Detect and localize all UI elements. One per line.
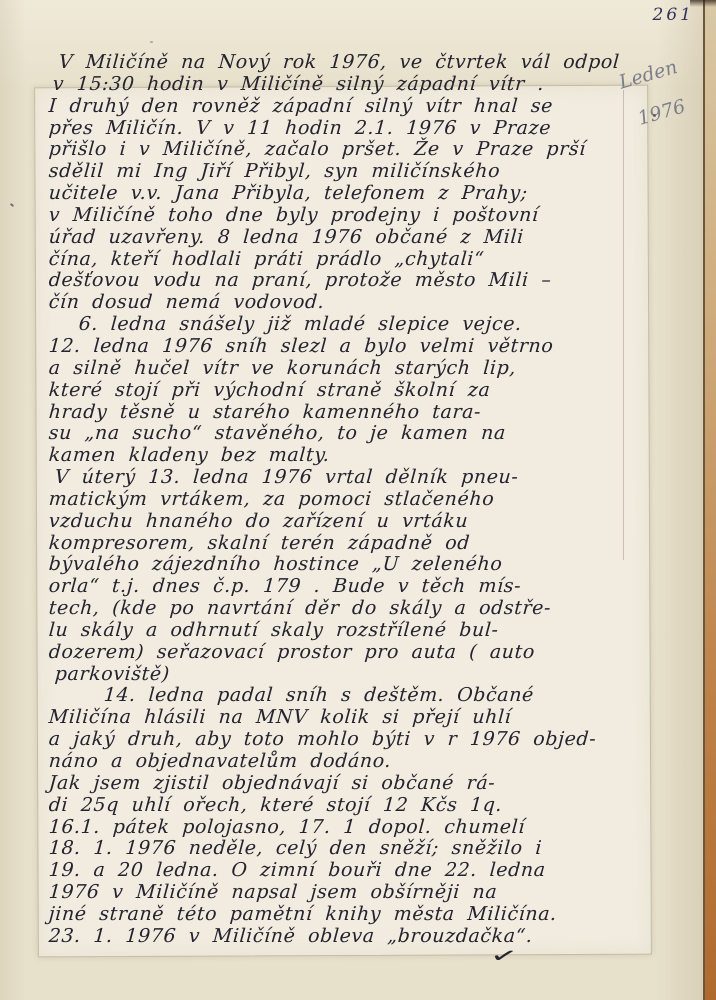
handwriting-line: čína, kteří hodlali práti prádlo „chytal… <box>48 249 650 271</box>
book-edge-corner-shadow <box>690 0 716 7</box>
handwriting-line: di 25q uhlí ořech, které stojí 12 Kčs 1q… <box>48 795 650 817</box>
page-number: 261 <box>653 5 694 25</box>
handwriting-line: tech, (kde po navrtání děr do skály a od… <box>48 598 650 620</box>
handwriting-line: náno a objednavatelům dodáno. <box>48 751 650 773</box>
book-page-edges <box>703 0 716 1000</box>
handwriting-line: dešťovou vodu na praní, protože město Mi… <box>48 270 650 292</box>
handwriting-line: 19. a 20 ledna. O zimní bouři dne 22. le… <box>48 860 650 882</box>
handwriting-line: 14. ledna padal sníh s deštěm. Občané <box>48 685 650 707</box>
handwriting-line: kamen kladeny bez malty. <box>48 445 650 467</box>
handwriting-line: které stojí při východní straně školní z… <box>48 380 650 402</box>
handwriting-line: 12. ledna 1976 sníh slezl a bylo velmi v… <box>48 336 650 358</box>
handwriting-line: čín dosud nemá vodovod. <box>48 292 650 314</box>
handwriting-line: přišlo i v Miličíně, začalo pršet. Že v … <box>48 139 650 161</box>
handwriting-line: sdělil mi Ing Jiří Přibyl, syn miličínsk… <box>48 161 650 183</box>
chronicle-page: 261 Leden 1976 V Miličíně na Nový rok 19… <box>0 0 716 1000</box>
handwriting-line: v 15:30 hodin v Miličíně silný západní v… <box>48 74 650 96</box>
handwriting-line: kompresorem, skalní terén západně od <box>48 533 650 555</box>
handwriting-line: 1976 v Miličíně napsal jsem obšírněji na <box>48 882 650 904</box>
handwriting-line: V úterý 13. ledna 1976 vrtal dělník pneu… <box>48 467 650 489</box>
handwriting-line: a jaký druh, aby toto mohlo býti v r 197… <box>48 729 650 751</box>
handwriting-line: Miličína hlásili na MNV kolik si přejí u… <box>48 707 650 729</box>
handwriting-line: a silně hučel vítr ve korunách starých l… <box>48 358 650 380</box>
handwriting-line: 16.1. pátek polojasno, 17. 1 dopol. chum… <box>48 817 650 839</box>
handwriting-line: parkoviště) <box>48 664 650 686</box>
handwriting-line: Jak jsem zjistil objednávají si občané r… <box>48 773 650 795</box>
handwriting-line: lu skály a odhrnutí skaly rozstřílené bu… <box>48 620 650 642</box>
handwriting-line: učitele v.v. Jana Přibyla, telefonem z P… <box>48 183 650 205</box>
handwriting-line: matickým vrtákem, za pomoci stlačeného <box>48 489 650 511</box>
handwriting-line: bývalého zájezdního hostince „U zeleného <box>48 554 650 576</box>
handwriting-line: orla“ t.j. dnes č.p. 179 . Bude v těch m… <box>48 576 650 598</box>
handwriting-line: v Miličíně toho dne byly prodejny i pošt… <box>48 205 650 227</box>
ink-speck <box>653 114 656 117</box>
handwriting-line: jiné straně této pamětní knihy města Mil… <box>48 904 650 926</box>
handwriting-line: dozerem) seřazovací prostor pro auta ( a… <box>48 642 650 664</box>
handwriting-line: I druhý den rovněž západní silný vítr hn… <box>48 96 650 118</box>
handwriting-line: V Miličíně na Nový rok 1976, ve čtvrtek … <box>48 52 650 74</box>
checkmark-icon: ✓ <box>489 942 520 969</box>
handwriting-line: su „na sucho“ stavěného, to je kamen na <box>48 423 650 445</box>
handwriting-line: 23. 1. 1976 v Miličíně obleva „brouzdačk… <box>48 926 650 948</box>
handwriting-text-block: V Miličíně na Nový rok 1976, ve čtvrtek … <box>48 52 648 948</box>
ink-speck <box>150 41 153 43</box>
handwriting-line: úřad uzavřeny. 8 ledna 1976 občané z Mil… <box>48 227 650 249</box>
handwriting-line: přes Miličín. V v 11 hodin 2.1. 1976 v P… <box>48 118 650 140</box>
ink-speck <box>10 203 14 207</box>
handwriting-line: 18. 1. 1976 neděle, celý den sněží; sněž… <box>48 838 650 860</box>
handwriting-line: 6. ledna snášely již mladé slepice vejce… <box>48 314 650 336</box>
handwriting-line: hrady těsně u starého kamenného tara- <box>48 402 650 424</box>
handwriting-line: vzduchu hnaného do zařízení u vrtáku <box>48 511 650 533</box>
